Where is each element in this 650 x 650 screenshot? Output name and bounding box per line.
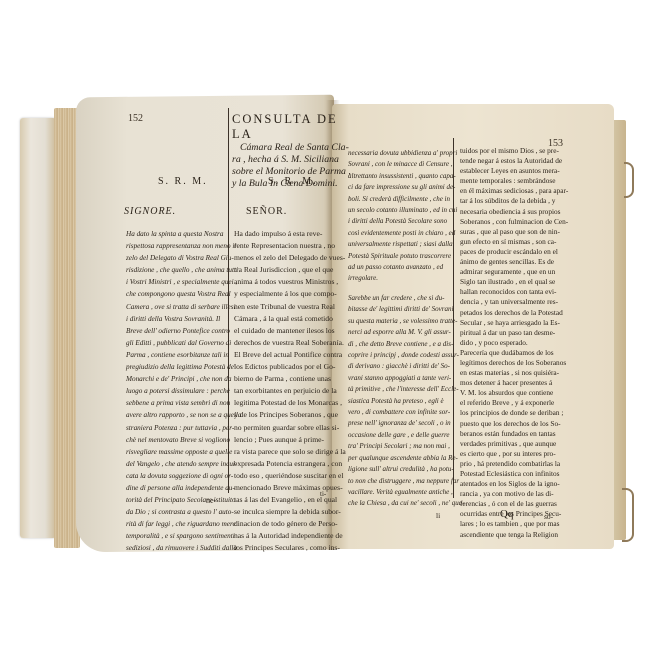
text-line: Parma , contiene esorbitanze tali in: [126, 349, 241, 361]
catchword-left-italian: ne-: [206, 494, 216, 507]
text-line: siastica Potestà ha preteso , egli è: [348, 396, 465, 407]
text-line: così evidentemente posti in chiaro , ed: [348, 228, 457, 239]
catchword-right-spanish: so-: [544, 510, 553, 523]
text-line: prese nell' ignoranza de' secoli , o in: [348, 418, 465, 429]
text-line: torità del Principato Secolare istituito: [126, 494, 241, 506]
text-line: universalmente rispettati ; siasi dalla: [348, 239, 457, 250]
text-line: beranos están fundados en tantas: [460, 429, 568, 439]
text-line: ad un passo cotanto avanzato , ed: [348, 262, 457, 273]
text-line: rente Representacion nuestra , no: [234, 240, 346, 252]
signature-mark: Qq: [500, 508, 513, 520]
binding-tie-bottom: [622, 488, 634, 542]
text-line: el cuidado de mantener ilesos los: [234, 325, 346, 337]
text-line: mencionado Breve máximas opues-: [234, 482, 346, 494]
text-line: lencio ; Pues aunque á prime-: [234, 434, 346, 446]
text-line: ferencias , ó con el de las guerras: [460, 499, 568, 509]
text-line: puesto que los derechos de los So-: [460, 419, 568, 429]
text-line: V. M. los absurdos que contiene: [460, 388, 568, 398]
text-line: Camera , ove si tratta di serbare illesi: [126, 301, 241, 313]
text-line: straniera Potenza : pur tuttavia , per-: [126, 422, 241, 434]
text-line: bierno de Parma , contiene unas: [234, 373, 346, 385]
open-book-photo: 152 S. R. M. SIGNORE. Ha dato la spinta …: [0, 0, 650, 650]
text-line: del Vangelo , che atendo sempre incul-: [126, 458, 241, 470]
text-line: Sovrani , con le minacce di Censure ,: [348, 159, 457, 170]
text-line: cata la dovuta soggezione di ogni or-: [126, 470, 241, 482]
text-line: expresada Potencia estrangera , con: [234, 458, 346, 470]
text-line: zelo del Delegato di Vostra Real Giu-: [126, 252, 241, 264]
text-line: todo eso , queriéndose suscitar en el: [234, 470, 346, 482]
italian-text-column-right-top: necessaria dovuta ubbidienza a' propriSo…: [348, 148, 457, 285]
italian-text-column-right-bottom: Sarebbe un far credere , che si du-bitas…: [348, 293, 465, 510]
text-line: el referido Breve , y á exponerle: [460, 398, 568, 408]
text-line: hallan reconocidos con tanta evi-: [460, 287, 568, 297]
text-line: boli. Si crederà difficilmente , che in: [348, 194, 457, 205]
text-line: y de los Principes Soberanos , que: [234, 409, 346, 421]
heading-line: ra , hecha á S. M. Siciliana: [232, 154, 342, 166]
text-line: establecer Leyes en asuntos mera-: [460, 166, 568, 176]
text-line: che compongono questa Vostra Real: [126, 288, 241, 300]
text-line: da Dio ; si contrasta a questo l' auto-: [126, 506, 241, 518]
text-line: Siglo tan ilustrado , en el qual se: [460, 277, 568, 287]
text-line: ánimo de gentes sencillas. Es de: [460, 257, 568, 267]
text-line: nerci ad esporre alla M. V. gli assur-: [348, 327, 465, 338]
text-line: Ha dado impulso á esta reve-: [234, 228, 346, 240]
text-line: legítimos derechos de los Soberanos: [460, 358, 568, 368]
text-line: ascendiente que tenga la Religion: [460, 530, 568, 540]
text-line: i diritti della Vostra Sovranità. Il: [126, 313, 241, 325]
text-line: tas á las del Evangelio , en el qual: [234, 494, 346, 506]
spanish-text-column-right: tuidos por el mismo Dios , se pre-tende …: [460, 146, 568, 540]
catchword-left-spanish: ti-: [320, 488, 326, 501]
text-line: Breve dell' odierno Pontefice contro: [126, 325, 241, 337]
text-line: tra Real Jurisdiccion , que el que: [234, 264, 346, 276]
text-line: Secular , se haya arriesgado la Es-: [460, 318, 568, 328]
text-line: legitima Potestad de los Monarcas ,: [234, 397, 346, 409]
srm-italian: S. R. M.: [158, 176, 208, 187]
spanish-text-column-left: Ha dado impulso á esta reve-rente Repres…: [234, 228, 346, 555]
heading-title: CONSULTA DE LA: [232, 112, 342, 142]
text-line: anima á todos vuestros Ministros ,: [234, 276, 346, 288]
text-line: admirar seguramente , que en un: [460, 267, 568, 277]
text-line: nas á la Autoridad independiente de: [234, 530, 346, 542]
text-line: vrani stanno appoggiati a tante veri-: [348, 373, 465, 384]
text-line: dencia , y tan universalmente res-: [460, 297, 568, 307]
text-line: Sarebbe un far credere , che si du-: [348, 293, 465, 304]
text-line: rità di far leggi , che riguardano mere: [126, 518, 241, 530]
text-line: di derivano : giacchè i diritti de' So-: [348, 361, 465, 372]
text-line: tan exorbitantes en perjuicio de la: [234, 385, 346, 397]
text-line: nen este Tribunal de vuestra Real: [234, 301, 346, 313]
text-line: sebbene a prima vista sembri di non: [126, 397, 241, 409]
text-line: necessaria dovuta ubbidienza a' propri: [348, 148, 457, 159]
text-line: rispettosa rappresentanza non meno il: [126, 240, 241, 252]
text-line: prio , há pretendido combatirlas la: [460, 459, 568, 469]
text-line: Soberanos , con fulminacion de Cen-: [460, 217, 568, 227]
text-line: per qualunque ascendente abbia la Re-: [348, 453, 465, 464]
text-line: mente temporales : sembrándose: [460, 176, 568, 186]
text-line: bitasse de' legittimi diritti de' Sovran…: [348, 304, 465, 315]
text-line: tende negar á estos la Autoridad de: [460, 156, 568, 166]
text-line: occasione delle gare , e delle guerre: [348, 430, 465, 441]
text-line: y especialmente á los que compo-: [234, 288, 346, 300]
text-line: en él máximas sediciosas , para apar-: [460, 186, 568, 196]
text-line: luogo a potersi dissimulare : perchè: [126, 385, 241, 397]
text-line: i diritti della Potestà Secolare sono: [348, 216, 457, 227]
catchword-right-italian: li: [436, 509, 440, 522]
page-number-left: 152: [128, 113, 143, 124]
text-line: avere altro rapporto , se non se a quell…: [126, 409, 241, 421]
text-line: paces de producir escándalo en el: [460, 247, 568, 257]
text-line: dine di persone alla independente au-: [126, 482, 241, 494]
text-line: i Vostri Ministri , e specialmente quei …: [126, 276, 241, 288]
text-line: Ha dato la spinta a questa Nostra: [126, 228, 241, 240]
text-line: Parecería que dudábamos de los: [460, 348, 568, 358]
text-line: che la Chiesa , da cui ne' secoli , ne' …: [348, 498, 465, 509]
text-line: es cierto que , por su interes pro-: [460, 449, 568, 459]
text-line: gli Editti , pubblicati dal Governo di: [126, 337, 241, 349]
text-line: tar á los súbditos de la debida , y: [460, 196, 568, 206]
text-line: pregiudizio della legittima Potestà de': [126, 361, 241, 373]
text-line: derechos de vuestra Real Soberanía.: [234, 337, 346, 349]
text-line: to non che distruggere , ma neppure far: [348, 476, 465, 487]
text-line: altrettanto insussistenti , quanto capa-: [348, 171, 457, 182]
srm-spanish: S. R. M.: [268, 176, 318, 187]
salutation-italian: SIGNORE.: [124, 206, 176, 217]
text-line: piritual á dar un paso tan desme-: [460, 328, 568, 338]
text-line: sediziosi , da rimuovere i Sudditi dalla: [126, 542, 241, 554]
text-line: mos detener á hacer presentes á: [460, 378, 568, 388]
text-line: su questa materia , se volessimo tratte-: [348, 316, 465, 327]
text-line: tra' Principi Secolari ; ma non mai ,: [348, 441, 465, 452]
text-line: se inculca siempre la debida subor-: [234, 506, 346, 518]
text-line: chè nel mentovato Breve si vogliono: [126, 434, 241, 446]
text-line: dido , y poco esperado.: [460, 338, 568, 348]
text-line: vero , di combattere con infinite sor-: [348, 407, 465, 418]
text-line: tà primitive , che l'interesse dell' Ecc…: [348, 384, 465, 395]
text-line: los Edictos publicados por el Go-: [234, 361, 346, 373]
text-line: irregolare.: [348, 273, 457, 284]
heading-line: Cámara Real de Santa Cla-: [232, 142, 342, 154]
text-line: El Breve del actual Pontifice contra: [234, 349, 346, 361]
text-line: suras , que al paso que son de nin-: [460, 227, 568, 237]
text-line: los Principes Seculares , como ins-: [234, 542, 346, 554]
text-line: vacillare. Verità egualmente antiche ,: [348, 487, 465, 498]
text-line: risdizione , che quello , che anima tutt…: [126, 264, 241, 276]
italian-text-column-left: Ha dato la spinta a questa Nostrarispett…: [126, 228, 241, 555]
text-line: risvegliare massime opposte a quelle: [126, 446, 241, 458]
text-line: di , che detto Breve contiene , e a dis-: [348, 339, 465, 350]
text-line: gun efecto en sí mismas , son ca-: [460, 237, 568, 247]
text-line: no permiten guardar sobre ellas si-: [234, 422, 346, 434]
text-line: tuidos por el mismo Dios , se pre-: [460, 146, 568, 156]
text-line: ra vista parece que solo se dirige á la: [234, 446, 346, 458]
text-line: los principios de donde se deriban ;: [460, 408, 568, 418]
salutation-spanish: SEÑOR.: [246, 206, 287, 217]
text-line: en estas materias , si nos quisiéra-: [460, 368, 568, 378]
text-line: menos el zelo del Delegado de vues-: [234, 252, 346, 264]
text-line: dinacion de todo género de Perso-: [234, 518, 346, 530]
text-line: verdades primitivas , que aunque: [460, 439, 568, 449]
text-line: rancia , ya con motivo de las di-: [460, 489, 568, 499]
text-line: Cámara , á la qual está cometido: [234, 313, 346, 325]
text-line: Potestad Eclesiástica con infinitos: [460, 469, 568, 479]
text-line: temporalità , e si spargono sentimenti: [126, 530, 241, 542]
book-cover-left: [20, 118, 56, 538]
text-line: un secolo cotanto illuminato , ed in cui: [348, 205, 457, 216]
text-line: ci da fare impressione su gli animi de-: [348, 182, 457, 193]
text-line: Monarchi e de' Principi , che non da: [126, 373, 241, 385]
binding-tie-top: [624, 162, 634, 198]
text-line: petados los derechos de la Potestad: [460, 308, 568, 318]
text-line: coprire i principj , donde codesti assur…: [348, 350, 465, 361]
text-line: necesaria obediencia á sus propios: [460, 207, 568, 217]
text-line: atentados en los Siglos de la igno-: [460, 479, 568, 489]
text-line: Potestà Spirituale potuto trascorrere: [348, 251, 457, 262]
text-line: ligione sull' altrui credulità , ha potu…: [348, 464, 465, 475]
